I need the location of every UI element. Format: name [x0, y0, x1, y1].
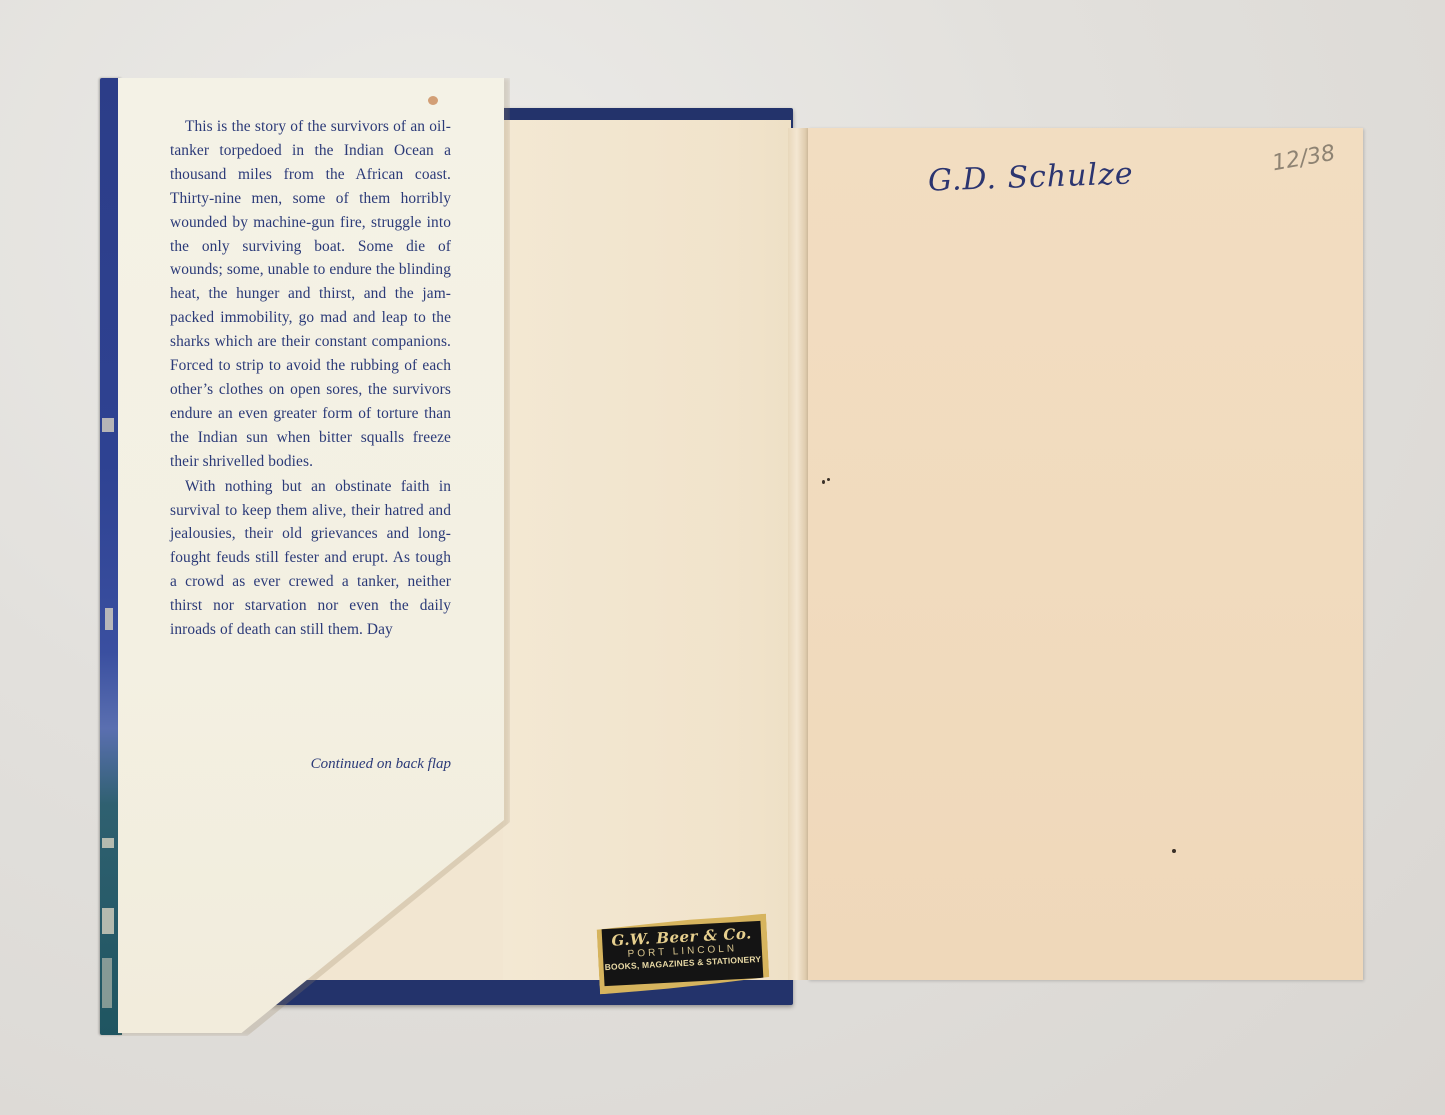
flyleaf-page [808, 128, 1363, 980]
bookseller-label-inner: G.W. Beer & Co. PORT LINCOLN BOOKS, MAGA… [602, 921, 764, 986]
wear-mark [102, 908, 114, 934]
wear-mark [105, 608, 113, 630]
book-gutter [788, 128, 810, 980]
jacket-blurb: This is the story of the survivors of an… [170, 115, 451, 642]
foxing-spot [822, 480, 825, 484]
sticker-residue [428, 96, 438, 105]
owner-signature: G.D. Schulze [927, 156, 1134, 198]
endpaper-right-section [503, 120, 791, 980]
foxing-spot [1172, 849, 1176, 853]
foxing-spot [827, 478, 830, 481]
blurb-paragraph-1: This is the story of the survivors of an… [170, 115, 451, 474]
wear-mark [102, 838, 114, 848]
blurb-paragraph-2: With nothing but an obstinate faith in s… [170, 475, 451, 642]
wear-mark [102, 958, 112, 1008]
continued-note: Continued on back flap [170, 756, 451, 773]
wear-mark [102, 418, 114, 432]
